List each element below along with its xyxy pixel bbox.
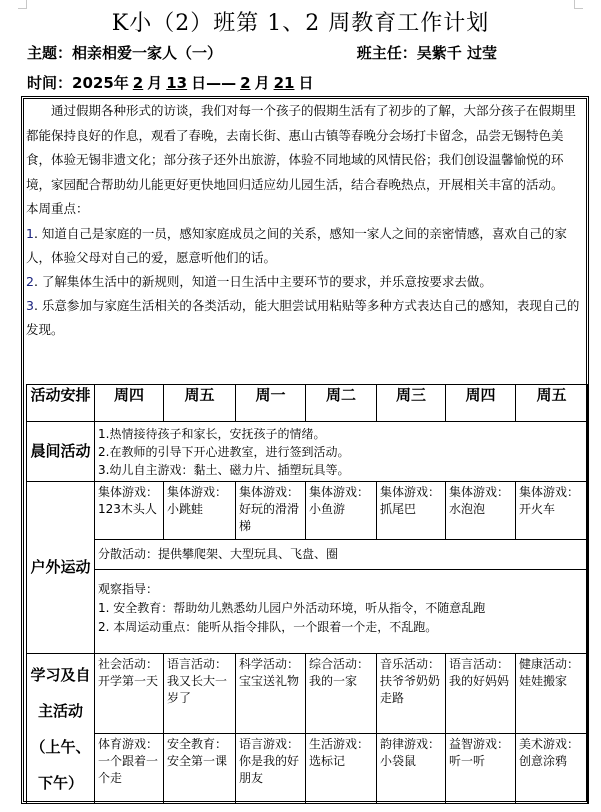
- time-label: 时间：: [27, 74, 72, 92]
- activity-name: 选标记: [309, 753, 373, 770]
- year-suffix: 年: [114, 74, 129, 92]
- activity-name: 你是我的好朋友: [239, 753, 302, 787]
- activity-type: 健康活动：: [519, 656, 584, 673]
- morning-label: 晨间活动: [27, 422, 95, 482]
- activity-name: 我又长大一岁了: [167, 673, 232, 707]
- observation-title: 观察指导：: [98, 580, 583, 599]
- activity-cell: 语言游戏：你是我的好朋友: [236, 734, 306, 804]
- teacher-value: 吴紫千 过莹: [417, 44, 497, 62]
- day-header: 周五: [516, 385, 588, 422]
- learning-label-line: 主活动: [30, 693, 91, 729]
- header-label: 活动安排: [27, 385, 95, 422]
- focus-text: . 知道自己是家庭的一员，感知家庭成员之间的关系，感知一家人之间的亲密情感，喜欢…: [26, 226, 567, 265]
- learning-label: 学习及自 主活动 （上午、 下午）: [27, 654, 95, 804]
- learning-label-line: 学习及自: [30, 657, 91, 693]
- focus-item: 2. 了解集体生活中的新规则，知道一日生活中主要环节的要求，并乐意按要求去做。: [26, 270, 584, 294]
- game-type: 集体游戏：: [380, 484, 442, 501]
- activity-cell: 体育游戏：一个跟着一个走: [95, 734, 164, 804]
- game-type: 集体游戏：: [519, 484, 584, 501]
- free-play-row: 分散活动：提供攀爬架、大型玩具、飞盘、圈: [27, 540, 588, 570]
- activity-cell: 综合活动：我的一家: [306, 654, 377, 734]
- game-name: 小跳蛙: [167, 501, 232, 518]
- activity-cell: 美术游戏：创意涂鸦: [516, 734, 588, 804]
- day-header: 周二: [306, 385, 377, 422]
- day-header: 周三: [377, 385, 446, 422]
- observation-line: 2. 本周运动重点：能听从指令排队，一个跟着一个走，不乱跑。: [98, 618, 583, 637]
- activity-type: 综合活动：: [309, 656, 373, 673]
- date-dash: ——: [206, 74, 236, 92]
- activity-name: 我的好妈妈: [449, 673, 512, 690]
- game-type: 集体游戏：: [167, 484, 232, 501]
- activity-type: 语言游戏：: [239, 736, 302, 753]
- month-suffix: 月: [147, 74, 162, 92]
- day-header: 周四: [95, 385, 164, 422]
- activity-type: 安全教育：: [167, 736, 232, 753]
- activity-cell: 语言活动：我的好妈妈: [446, 654, 516, 734]
- outdoor-label: 户外运动: [27, 482, 95, 654]
- day-suffix: 日: [191, 74, 206, 92]
- observation-row: 观察指导： 1. 安全教育：帮助幼儿熟悉幼儿园户外活动环境，听从指令，不随意乱跑…: [27, 570, 588, 654]
- activity-cell: 科学活动：宝宝送礼物: [236, 654, 306, 734]
- header-row: 活动安排 周四 周五 周一 周二 周三 周四 周五: [27, 385, 588, 422]
- activity-type: 生活游戏：: [309, 736, 373, 753]
- morning-line: 2.在教师的引导下开心进教室，进行签到活动。: [98, 443, 583, 461]
- game-name: 开火车: [519, 501, 584, 518]
- focus-num: 1: [26, 226, 34, 241]
- game-name: 小鱼游: [309, 501, 373, 518]
- learning-label-line: （上午、: [30, 729, 91, 765]
- focus-text: . 了解集体生活中的新规则，知道一日生活中主要环节的要求，并乐意按要求去做。: [34, 274, 492, 289]
- game-type: 集体游戏：: [309, 484, 373, 501]
- activity-type: 科学活动：: [239, 656, 302, 673]
- game-cell: 集体游戏：开火车: [516, 482, 588, 540]
- activity-name: 宝宝送礼物: [239, 673, 302, 690]
- game-cell: 集体游戏：好玩的滑滑梯: [236, 482, 306, 540]
- game-cell: 集体游戏：123木头人: [95, 482, 164, 540]
- game-cell: 集体游戏：小鱼游: [306, 482, 377, 540]
- activity-name: 听一听: [449, 753, 512, 770]
- game-cell: 集体游戏：抓尾巴: [377, 482, 446, 540]
- observation-cell: 观察指导： 1. 安全教育：帮助幼儿熟悉幼儿园户外活动环境，听从指令，不随意乱跑…: [95, 570, 588, 654]
- free-play-cell: 分散活动：提供攀爬架、大型玩具、飞盘、圈: [95, 540, 588, 570]
- game-cell: 集体游戏：小跳蛙: [164, 482, 236, 540]
- learning-row-2: 体育游戏：一个跟着一个走 安全教育：安全第一课 语言游戏：你是我的好朋友 生活游…: [27, 734, 588, 804]
- year: 2025: [72, 74, 114, 92]
- activity-type: 益智游戏：: [449, 736, 512, 753]
- outdoor-games-row: 户外运动 集体游戏：123木头人 集体游戏：小跳蛙 集体游戏：好玩的滑滑梯 集体…: [27, 482, 588, 540]
- activity-type: 体育游戏：: [98, 736, 160, 753]
- game-type: 集体游戏：: [98, 484, 160, 501]
- teacher-label: 班主任：: [357, 44, 417, 62]
- intro-section: 通过假期各种形式的访谈，我们对每一个孩子的假期生活有了初步的了解，大部分孩子在假…: [26, 99, 584, 342]
- activity-name: 一个跟着一个走: [98, 753, 160, 787]
- month-suffix: 月: [255, 74, 270, 92]
- day-header: 周五: [164, 385, 236, 422]
- activity-cell: 韵律游戏：小袋鼠: [377, 734, 446, 804]
- activity-type: 社会活动：: [98, 656, 160, 673]
- activity-type: 语言活动：: [449, 656, 512, 673]
- activity-name: 开学第一天: [98, 673, 160, 690]
- activity-cell: 安全教育：安全第一课: [164, 734, 236, 804]
- activity-name: 小袋鼠: [380, 753, 442, 770]
- focus-text: . 乐意参加与家庭生活相关的各类活动，能大胆尝试用粘贴等多种方式表达自己的感知，…: [26, 298, 579, 337]
- activity-type: 音乐活动：: [380, 656, 442, 673]
- day-suffix: 日: [298, 74, 313, 92]
- activity-cell: 健康活动：娃娃搬家: [516, 654, 588, 734]
- activity-type: 语言活动：: [167, 656, 232, 673]
- game-name: 水泡泡: [449, 501, 512, 518]
- activity-name: 扶爷爷奶奶走路: [380, 673, 442, 707]
- activity-cell: 语言活动：我又长大一岁了: [164, 654, 236, 734]
- focus-num: 3: [26, 298, 34, 313]
- game-name: 123木头人: [98, 501, 160, 518]
- activity-name: 娃娃搬家: [519, 673, 584, 690]
- activity-cell: 生活游戏：选标记: [306, 734, 377, 804]
- learning-label-line: 下午）: [30, 765, 91, 801]
- intro-paragraph: 通过假期各种形式的访谈，我们对每一个孩子的假期生活有了初步的了解，大部分孩子在假…: [26, 99, 584, 197]
- observation-line: 1. 安全教育：帮助幼儿熟悉幼儿园户外活动环境，听从指令，不随意乱跑: [98, 599, 583, 618]
- game-type: 集体游戏：: [239, 484, 302, 501]
- end-day: 21: [270, 74, 299, 92]
- focus-num: 2: [26, 274, 34, 289]
- activity-type: 美术游戏：: [519, 736, 584, 753]
- theme-label: 主题：: [27, 44, 72, 62]
- activity-type: 韵律游戏：: [380, 736, 442, 753]
- activity-cell: 音乐活动：扶爷爷奶奶走路: [377, 654, 446, 734]
- focus-item: 1. 知道自己是家庭的一员，感知家庭成员之间的关系，感知一家人之间的亲密情感，喜…: [26, 222, 584, 270]
- morning-line: 1.热情接待孩子和家长，安抚孩子的情绪。: [98, 425, 583, 443]
- focus-item: 3. 乐意参加与家庭生活相关的各类活动，能大胆尝试用粘贴等多种方式表达自己的感知…: [26, 294, 584, 342]
- schedule-table: 活动安排 周四 周五 周一 周二 周三 周四 周五 晨间活动 1.热情接待孩子和…: [26, 384, 589, 804]
- day-header: 周一: [236, 385, 306, 422]
- page-title: K小（2）班第 1、2 周教育工作计划: [0, 6, 601, 37]
- time-line: 时间：2025年2月13日——2月21日: [27, 72, 313, 93]
- activity-cell: 益智游戏：听一听: [446, 734, 516, 804]
- morning-line: 3.幼儿自主游戏：黏土、磁力片、插塑玩具等。: [98, 461, 583, 479]
- game-name: 抓尾巴: [380, 501, 442, 518]
- game-type: 集体游戏：: [449, 484, 512, 501]
- game-cell: 集体游戏：水泡泡: [446, 482, 516, 540]
- day-header: 周四: [446, 385, 516, 422]
- theme-value: 相亲相爱一家人（一）: [72, 44, 222, 62]
- activity-cell: 社会活动：开学第一天: [95, 654, 164, 734]
- start-month: 2: [129, 74, 147, 92]
- end-month: 2: [236, 74, 254, 92]
- game-name: 好玩的滑滑梯: [239, 501, 302, 535]
- focus-title: 本周重点：: [26, 197, 584, 222]
- activity-name: 我的一家: [309, 673, 373, 690]
- activity-name: 安全第一课: [167, 753, 232, 770]
- teacher-line: 班主任：吴紫千 过莹: [357, 42, 497, 63]
- morning-row: 晨间活动 1.热情接待孩子和家长，安抚孩子的情绪。 2.在教师的引导下开心进教室…: [27, 422, 588, 482]
- activity-name: 创意涂鸦: [519, 753, 584, 770]
- theme-line: 主题：相亲相爱一家人（一）: [27, 42, 222, 63]
- learning-row-1: 学习及自 主活动 （上午、 下午） 社会活动：开学第一天 语言活动：我又长大一岁…: [27, 654, 588, 734]
- morning-content: 1.热情接待孩子和家长，安抚孩子的情绪。 2.在教师的引导下开心进教室，进行签到…: [95, 422, 588, 482]
- start-day: 13: [162, 74, 191, 92]
